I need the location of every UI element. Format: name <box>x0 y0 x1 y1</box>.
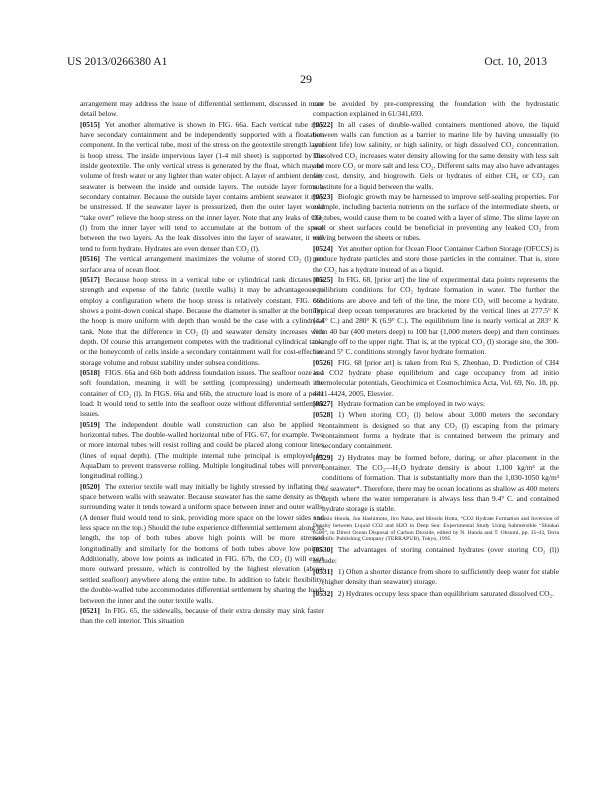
paragraph: [0527]Hydrate formation can be employed … <box>313 399 559 409</box>
paragraph: [0529]2) Hydrates may be formed before, … <box>313 453 559 515</box>
paragraph-text: Biologic growth may be harnessed to impr… <box>313 192 559 242</box>
paragraph-text: 1) Often a shorter distance from shore t… <box>322 567 559 586</box>
paragraph-number: [0522] <box>313 120 333 129</box>
paragraph-number: [0529] <box>313 453 333 462</box>
paragraph: [0526]FIG. 68 [prior art] is taken from … <box>313 358 559 399</box>
paragraph-text: Hydrate formation can be employed in two… <box>338 399 485 408</box>
paragraph-number: [0526] <box>313 358 333 367</box>
paragraph-text: can be avoided by pre-compressing the fo… <box>313 99 559 118</box>
paragraph: can be avoided by pre-compressing the fo… <box>313 99 559 120</box>
paragraph: [0525]In FIG. 68, [prior art] the line o… <box>313 275 559 358</box>
paragraph-number: [0521] <box>80 606 100 615</box>
paragraph-number: [0524] <box>313 244 333 253</box>
paragraph: [0531]1) Often a shorter distance from s… <box>313 567 559 588</box>
footnote: * Makio Honda, Jun Hashimoto, Jiro Naka,… <box>313 516 559 544</box>
paragraph-number: [0523] <box>313 192 333 201</box>
page-number: 29 <box>300 72 312 87</box>
paragraph: [0515]Yet another alternative is shown i… <box>80 120 324 254</box>
paragraph-number: [0518] <box>80 368 100 377</box>
paragraph-text: * Makio Honda, Jun Hashimoto, Jiro Naka,… <box>313 516 559 543</box>
paragraph: [0523]Biologic growth may be harnessed t… <box>313 192 559 244</box>
paragraph-text: The independent double wall construction… <box>80 420 324 481</box>
paragraph-text: 2) Hydrates may be formed before, during… <box>322 453 559 514</box>
paragraph: arrangement may address the issue of dif… <box>80 99 324 120</box>
paragraph-text: In FIG. 68, [prior art] the line of expe… <box>313 275 559 356</box>
paragraph-number: [0515] <box>80 120 100 129</box>
paragraph-text: The vertical arrangement maximizes the v… <box>80 254 324 273</box>
paragraph-text: In FIG. 65, the sidewalls, because of th… <box>80 606 324 625</box>
paragraph: [0519]The independent double wall constr… <box>80 420 324 482</box>
paragraph-number: [0517] <box>80 275 100 284</box>
paragraph: [0521]In FIG. 65, the sidewalls, because… <box>80 606 324 627</box>
paragraph-text: The advantages of storing contained hydr… <box>313 545 559 564</box>
paragraph-number: [0520] <box>80 482 100 491</box>
paragraph: [0532]2) Hydrates occupy less space than… <box>313 589 559 599</box>
paragraph-number: [0525] <box>313 275 333 284</box>
publication-number: US 2013/0266380 A1 <box>67 56 167 68</box>
paragraph-number: [0519] <box>80 420 100 429</box>
paragraph-text: The exterior textile wall may initially … <box>80 482 324 605</box>
paragraph-number: [0527] <box>313 399 333 408</box>
right-column: can be avoided by pre-compressing the fo… <box>313 99 559 599</box>
paragraph: [0518]FIGS. 66a and 66b both address fou… <box>80 368 324 420</box>
paragraph: [0517]Because hoop stress in a vertical … <box>80 275 324 368</box>
paragraph-text: In all cases of double-walled containers… <box>313 120 559 191</box>
paragraph-number: [0531] <box>313 567 333 576</box>
paragraph-text: 2) Hydrates occupy less space than equil… <box>338 589 554 598</box>
paragraph: [0528]1) When storing CO₂ (l) below abou… <box>313 410 559 451</box>
paragraph: [0524]Yet another option for Ocean Floor… <box>313 244 559 275</box>
publication-date: Oct. 10, 2013 <box>484 56 547 68</box>
paragraph: [0522]In all cases of double-walled cont… <box>313 120 559 192</box>
paragraph-text: Because hoop stress in a vertical tube o… <box>80 275 324 367</box>
paragraph: [0530]The advantages of storing containe… <box>313 545 559 566</box>
paragraph: [0520]The exterior textile wall may init… <box>80 482 324 606</box>
paragraph-number: [0532] <box>313 589 333 598</box>
paragraph-text: Yet another alternative is shown in FIG.… <box>80 120 324 253</box>
left-column: arrangement may address the issue of dif… <box>80 99 324 627</box>
paragraph-text: 1) When storing CO₂ (l) below about 3,00… <box>322 410 559 450</box>
paragraph-text: arrangement may address the issue of dif… <box>80 99 324 118</box>
paragraph: [0516]The vertical arrangement maximizes… <box>80 254 324 275</box>
paragraph-number: [0528] <box>313 410 333 419</box>
paragraph-text: FIGS. 66a and 66b both address foundatio… <box>80 368 324 418</box>
paragraph-number: [0516] <box>80 254 100 263</box>
paragraph-text: Yet another option for Ocean Floor Conta… <box>313 244 559 274</box>
paragraph-text: FIG. 68 [prior art] is taken from Rui S,… <box>313 358 559 398</box>
paragraph-number: [0530] <box>313 545 333 554</box>
